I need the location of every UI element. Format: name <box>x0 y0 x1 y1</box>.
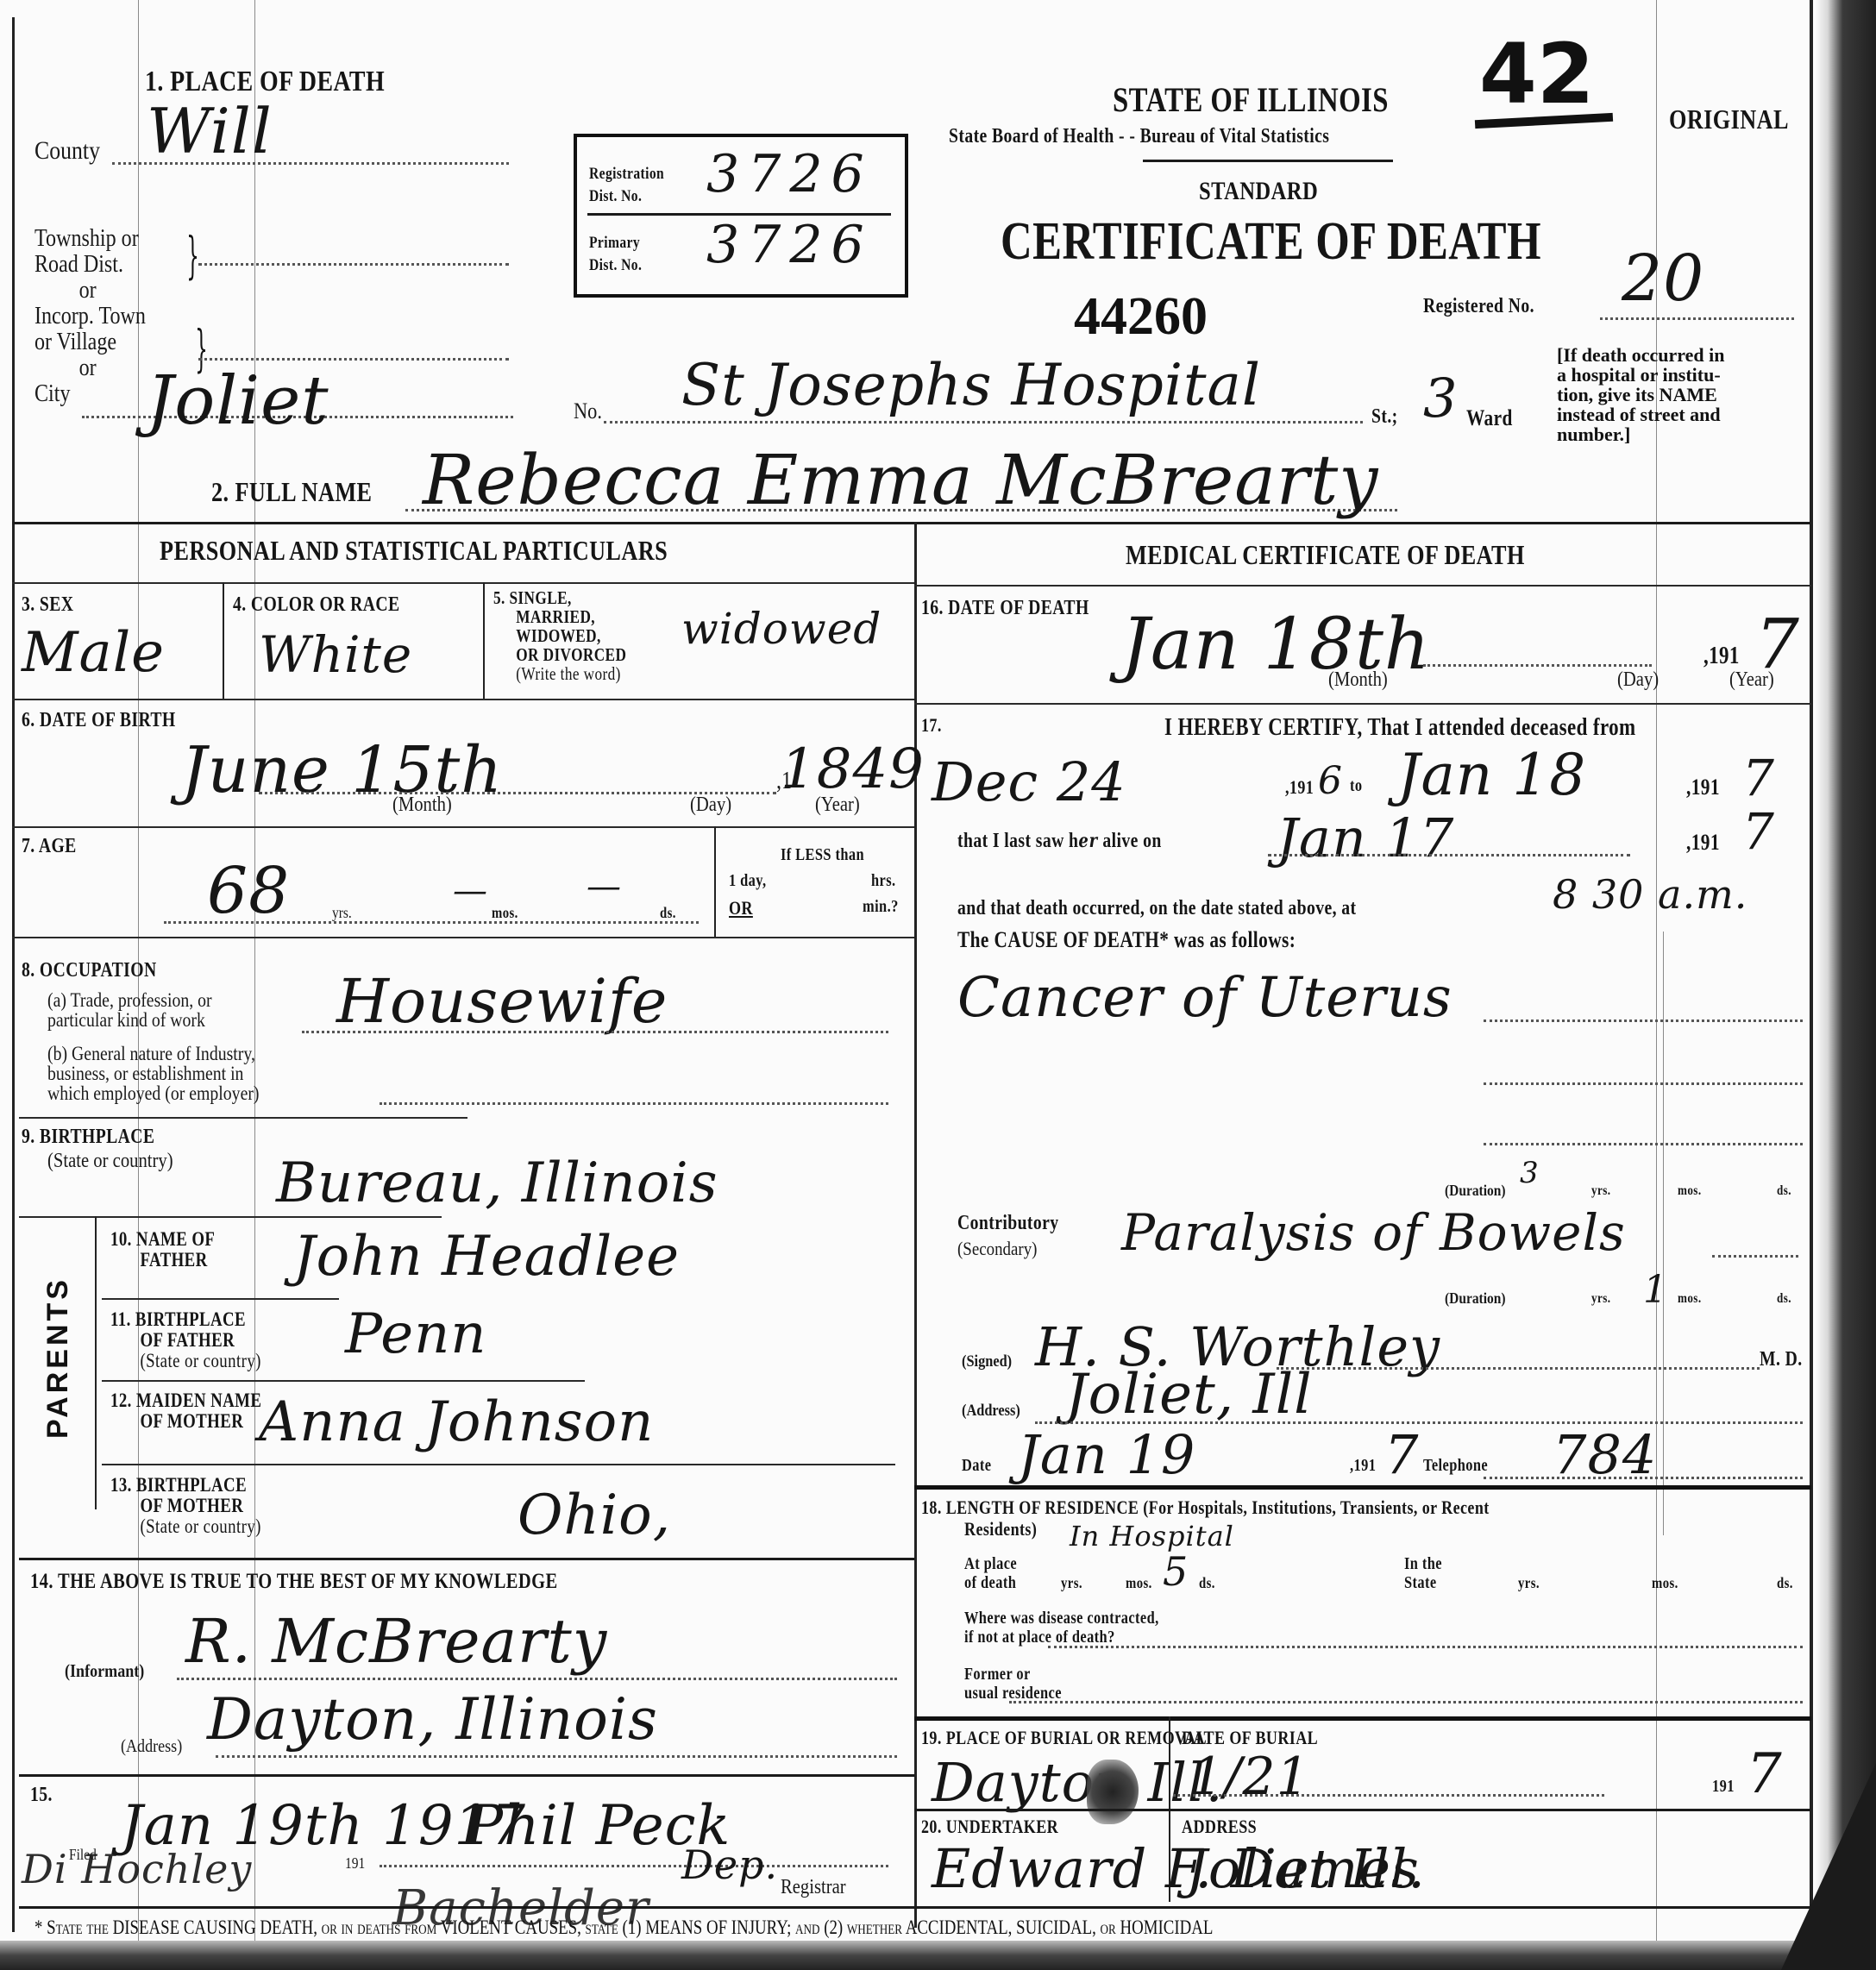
signed-label: (Signed) <box>962 1352 1012 1371</box>
brace-1: } <box>186 226 199 285</box>
full-name-label: 2. FULL NAME <box>211 476 372 508</box>
scan-bottom-shadow <box>0 1941 1876 1970</box>
place-of-death-heading: 1. PLACE OF DEATH <box>145 66 385 98</box>
primary-dist-label: Primary Dist. No. <box>589 232 642 277</box>
standard-label: STANDARD <box>1199 177 1318 206</box>
signed-line <box>1277 1367 1760 1370</box>
attended-from-year: ,191 <box>1285 776 1314 799</box>
mother-maiden-label: 12. MAIDEN NAME OF MOTHER <box>110 1390 261 1432</box>
death-occurred-text: and that death occurred, on the date sta… <box>957 897 1357 920</box>
father-name-divider <box>102 1298 339 1300</box>
sex-divider <box>223 582 224 699</box>
row-divider-7 <box>12 937 914 938</box>
row-divider-16 <box>914 703 1811 705</box>
race-label: 4. COLOR OR RACE <box>233 593 400 617</box>
row-divider-9 <box>19 1216 442 1218</box>
death-time-value: 8 30 a.m. <box>1553 871 1747 918</box>
age-years-value: 68 <box>207 854 290 928</box>
row-divider-8 <box>19 1117 467 1119</box>
in-state-label-block: In the State <box>1404 1554 1442 1592</box>
state-heading: STATE OF ILLINOIS <box>1113 79 1389 120</box>
occupation-value: Housewife <box>336 966 668 1037</box>
physician-address-label: (Address) <box>962 1402 1020 1421</box>
where-contracted-line <box>1048 1646 1803 1648</box>
dob-day-caption: (Day) <box>690 794 731 817</box>
dob-month-value: June 15th <box>181 733 503 807</box>
filed-year-prefix: 191 <box>345 1854 365 1873</box>
occupation-b-label: (b) General nature of Industry, business… <box>47 1044 260 1103</box>
last-saw-year: ,191 <box>1686 830 1720 856</box>
physician-bottom-divider <box>914 1485 1811 1490</box>
duration-1-mos: mos. <box>1678 1183 1702 1199</box>
father-name-label: 10. NAME OF FATHER <box>110 1229 215 1270</box>
hrs-label: hrs. <box>871 871 896 891</box>
physician-date-value: Jan 19 <box>1018 1423 1195 1486</box>
title-rule <box>1143 160 1393 162</box>
min-label: min.? <box>863 897 899 917</box>
registered-no-label: Registered No. <box>1423 295 1534 318</box>
informant-label: (Informant) <box>65 1660 144 1682</box>
burial-year-value: 7 <box>1747 1742 1783 1806</box>
footer-overlay-scrawl: Bachelder <box>392 1880 649 1936</box>
no-label: No. <box>574 398 602 424</box>
informant-address-value: Dayton, Illinois <box>207 1686 658 1753</box>
death-day-line <box>1423 664 1652 667</box>
undertaker-label: 20. UNDERTAKER <box>921 1816 1058 1838</box>
cause-line-3 <box>1484 1143 1803 1145</box>
registration-dist-label: Registration Dist. No. <box>589 163 664 208</box>
in-state-yrs: yrs. <box>1518 1574 1540 1592</box>
medical-section-title: MEDICAL CERTIFICATE OF DEATH <box>1126 539 1525 571</box>
dob-label: 6. DATE OF BIRTH <box>22 709 176 732</box>
telephone-label: Telephone <box>1423 1456 1488 1476</box>
duration-2-yrs: yrs. <box>1591 1291 1610 1307</box>
registrar-label: Registrar <box>781 1876 846 1899</box>
attended-to-year: ,191 <box>1686 775 1720 800</box>
mother-maiden-value: Anna Johnson <box>259 1390 654 1454</box>
burial-date-line <box>1173 1794 1604 1797</box>
md-label: M. D. <box>1760 1348 1803 1371</box>
primary-dist-value: 3726 <box>706 215 873 275</box>
sex-label: 3. SEX <box>22 593 73 617</box>
township-line <box>198 263 509 266</box>
residence-label-2: Residents) <box>964 1518 1037 1540</box>
registration-box: Registration Dist. No. 3726 Primary Dist… <box>574 134 908 298</box>
town-line <box>198 358 509 361</box>
age-line <box>164 921 699 924</box>
duration-1-label: (Duration) <box>1445 1182 1506 1200</box>
father-birthplace-value: Penn <box>345 1302 487 1366</box>
last-saw-text: that I last saw her alive on <box>957 830 1162 853</box>
burial-place-value: Dayton Ill. <box>932 1751 1223 1814</box>
at-place-mos: mos. <box>1126 1574 1152 1592</box>
ward-label: Ward <box>1466 405 1513 431</box>
attended-from-year-value: 6 <box>1318 759 1343 803</box>
medical-title-divider <box>914 585 1811 587</box>
hospital-instruction-note: [If death occurred in a hospital or inst… <box>1557 345 1725 444</box>
ward-value: 3 <box>1423 367 1458 430</box>
registered-no-value: 20 <box>1622 242 1704 316</box>
death-month-caption: (Month) <box>1328 668 1388 692</box>
burial-place-label: 19. PLACE OF BURIAL OR REMOVAL <box>921 1727 1207 1749</box>
contributory-sub-label: (Secondary) <box>957 1238 1037 1260</box>
deputy-scrawl-2: Dep. <box>681 1841 778 1888</box>
county-value: Will <box>147 95 273 167</box>
last-saw-year-value: 7 <box>1742 802 1775 861</box>
age-yrs-label: yrs. <box>332 904 352 922</box>
date-of-death-label: 16. DATE OF DEATH <box>921 597 1089 620</box>
residence-bottom-divider <box>914 1716 1811 1721</box>
personal-section-title: PERSONAL AND STATISTICAL PARTICULARS <box>160 535 668 567</box>
occupation-a-line <box>302 1031 888 1033</box>
or-label: OR <box>729 897 753 919</box>
registered-no-line <box>1600 317 1794 320</box>
occupation-label: 8. OCCUPATION <box>22 959 157 982</box>
filing-number: 15. <box>30 1784 53 1807</box>
city-value: Joliet <box>147 362 329 440</box>
parents-side-label: PARENTS <box>41 1277 75 1439</box>
dob-year-value: 1849 <box>781 737 925 801</box>
residence-label: 18. LENGTH OF RESIDENCE (For Hospitals, … <box>921 1496 1490 1519</box>
last-saw-value: Jan 17 <box>1277 806 1454 869</box>
at-place-days-value: 5 <box>1163 1548 1189 1595</box>
cause-value: Cancer of Uterus <box>957 966 1452 1030</box>
hospital-value: St Josephs Hospital <box>681 352 1261 418</box>
in-state-ds: ds. <box>1777 1574 1793 1592</box>
personal-title-divider <box>12 582 914 584</box>
ink-blot <box>1087 1760 1139 1824</box>
board-heading: State Board of Health - - Bureau of Vita… <box>949 125 1329 148</box>
informant-address-label: (Address) <box>121 1735 182 1757</box>
full-name-value: Rebecca Emma McBrearty <box>423 440 1378 520</box>
duration-2-ds: ds. <box>1777 1291 1791 1307</box>
age-months-value: — <box>453 871 488 911</box>
burial-year-prefix: 191 <box>1712 1777 1735 1797</box>
last-saw-line <box>1268 854 1630 856</box>
informant-address-line <box>216 1755 897 1758</box>
cause-label: The CAUSE OF DEATH* was as follows: <box>957 927 1296 953</box>
scan-edge-shadow <box>1816 0 1876 1970</box>
one-day-label: 1 day, <box>729 871 766 891</box>
cause-line-2 <box>1484 1082 1803 1085</box>
st-label: St.; <box>1371 405 1398 429</box>
contributory-value: Paralysis of Bowels <box>1121 1203 1626 1262</box>
duration-column-line <box>1663 932 1664 1535</box>
at-place-label: At place of death <box>964 1554 1017 1592</box>
parents-bottom-divider <box>19 1558 914 1560</box>
dob-year-caption: (Year) <box>815 794 860 817</box>
duration-2-months: 1 <box>1643 1268 1668 1312</box>
contributory-line <box>1712 1255 1798 1258</box>
parents-divider <box>95 1216 97 1509</box>
mother-maiden-divider <box>102 1464 895 1465</box>
duration-2-label: (Duration) <box>1445 1289 1506 1308</box>
less-than-label: If LESS than <box>781 845 864 865</box>
age-ds-label: ds. <box>660 904 676 922</box>
contributory-label: Contributory <box>957 1212 1059 1235</box>
sex-value: Male <box>22 621 165 685</box>
registration-dist-value: 3726 <box>706 144 873 204</box>
right-border-line <box>1810 0 1813 1949</box>
at-place-yrs: yrs. <box>1061 1574 1082 1592</box>
occupation-b-line <box>380 1102 888 1105</box>
certificate-title: CERTIFICATE OF DEATH <box>1001 211 1541 273</box>
in-state-mos: mos. <box>1652 1574 1678 1592</box>
row-divider-6 <box>12 826 914 828</box>
former-residence-label: Former or usual residence <box>964 1665 1062 1703</box>
where-contracted-label: Where was disease contracted, if not at … <box>964 1609 1159 1647</box>
physician-date-year-value: 7 <box>1384 1423 1419 1486</box>
occupation-a-label: (a) Trade, profession, or particular kin… <box>47 990 212 1030</box>
father-birthplace-label: 11. BIRTHPLACE OF FATHER (State or count… <box>110 1309 261 1371</box>
death-year-prefix: ,191 <box>1703 643 1740 670</box>
informant-line <box>177 1678 897 1680</box>
certify-text: I HEREBY CERTIFY, That I attended deceas… <box>1164 714 1636 742</box>
birthplace-value: Bureau, Illinois <box>276 1151 718 1215</box>
father-name-value: John Headlee <box>293 1225 680 1289</box>
name-divider <box>12 522 1810 524</box>
race-divider <box>483 582 485 699</box>
father-birthplace-divider <box>102 1380 585 1382</box>
mother-birthplace-label: 13. BIRTHPLACE OF MOTHER (State or count… <box>110 1475 261 1537</box>
physician-date-year-prefix: ,191 <box>1350 1456 1376 1476</box>
county-label: County <box>35 136 100 166</box>
birthplace-sub-label: (State or country) <box>47 1150 173 1173</box>
death-year-caption: (Year) <box>1729 668 1774 692</box>
mother-birthplace-value: Ohio, <box>518 1484 671 1547</box>
age-label: 7. AGE <box>22 835 77 858</box>
cause-line-1 <box>1484 1020 1803 1022</box>
attended-from-value: Dec 24 <box>932 750 1126 813</box>
informant-value: R. McBrearty <box>185 1606 607 1677</box>
dob-month-caption: (Month) <box>392 794 452 817</box>
race-value: White <box>259 625 412 684</box>
left-border-line <box>12 17 15 1932</box>
address-line <box>604 421 1363 423</box>
footer-divider <box>19 1906 1811 1909</box>
residence-note: In Hospital <box>1070 1520 1234 1553</box>
attended-to-value: Jan 18 <box>1397 742 1586 808</box>
duration-1-years: 3 <box>1520 1156 1540 1190</box>
row-divider-3 <box>12 699 914 700</box>
certificate-number: 44260 <box>1074 286 1208 348</box>
informant-heading: 14. THE ABOVE IS TRUE TO THE BEST OF MY … <box>30 1570 558 1594</box>
attended-to-year-value: 7 <box>1742 749 1775 807</box>
undertaker-address-label: ADDRESS <box>1182 1816 1257 1838</box>
age-mos-label: mos. <box>492 904 518 922</box>
telephone-line <box>1484 1477 1803 1479</box>
original-label: ORIGINAL <box>1669 104 1789 135</box>
informant-bottom-divider <box>19 1774 914 1777</box>
birthplace-label: 9. BIRTHPLACE <box>22 1126 154 1149</box>
duration-1-ds: ds. <box>1777 1183 1791 1199</box>
duration-2-mos: mos. <box>1678 1291 1702 1307</box>
death-certificate-page: 1. PLACE OF DEATH County Will Township o… <box>0 0 1876 1970</box>
physician-date-label: Date <box>962 1456 991 1476</box>
marital-value: widowed <box>681 604 882 654</box>
to-label: to <box>1350 776 1362 796</box>
filed-line <box>380 1865 888 1867</box>
burial-date-value: 1/21 <box>1190 1747 1310 1807</box>
township-label: Township or Road Dist. or Incorp. Town o… <box>35 226 146 407</box>
at-place-ds: ds. <box>1199 1574 1215 1592</box>
age-days-value: — <box>587 867 622 907</box>
torn-corner <box>1781 1763 1876 1970</box>
death-day-caption: (Day) <box>1617 668 1659 692</box>
marital-label: 5. SINGLE, MARRIED, WIDOWED, OR DIVORCED… <box>493 588 626 683</box>
physician-address-value: Joliet, Ill <box>1065 1363 1313 1427</box>
age-less-divider <box>714 826 716 937</box>
deputy-scrawl: Di Hochley <box>22 1846 252 1892</box>
cert-17-number: 17. <box>921 714 942 737</box>
stamp-number: 42 <box>1479 26 1595 122</box>
former-residence-line <box>1009 1701 1803 1703</box>
duration-1-yrs: yrs. <box>1591 1183 1610 1199</box>
burial-row-divider <box>914 1809 1811 1811</box>
undertaker-address-value: Joliet Ill. <box>1186 1837 1426 1900</box>
